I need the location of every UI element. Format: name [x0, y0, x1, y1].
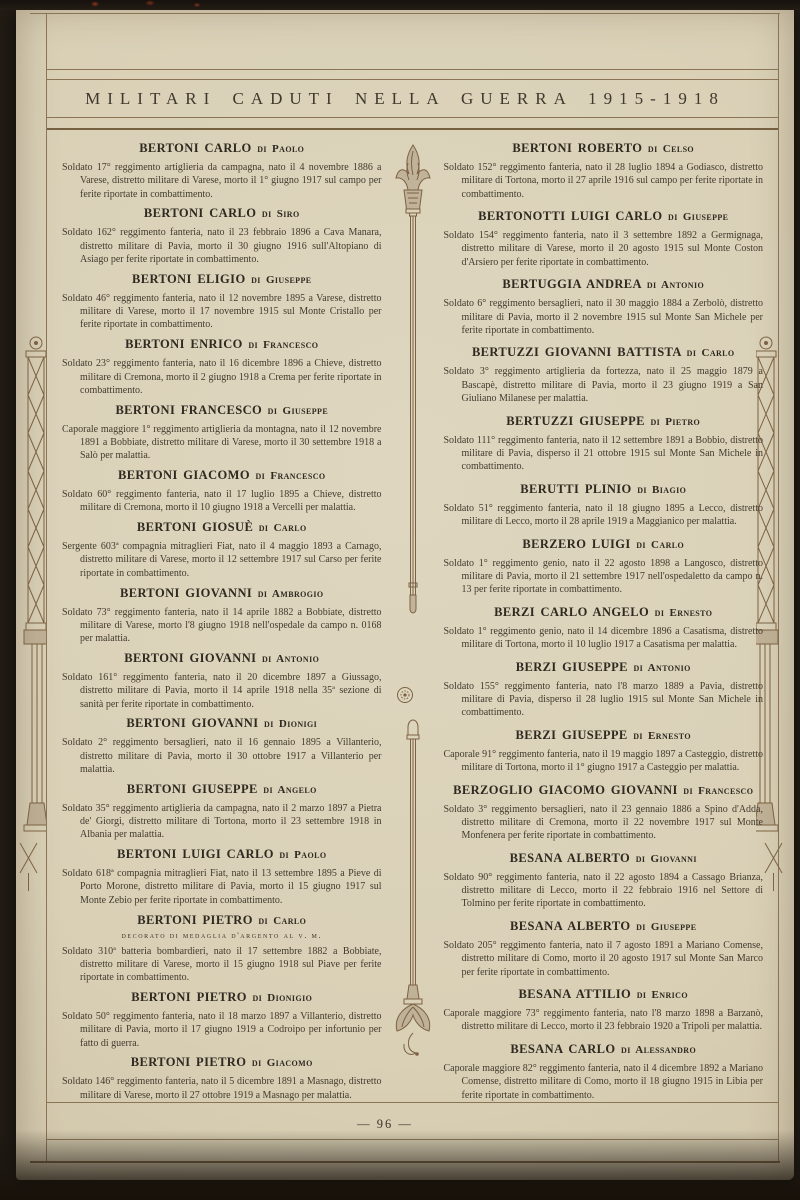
entry-heading: BERTONI PIETRO di Giacomo	[62, 1055, 382, 1070]
entry-name: BERTONI CARLO	[144, 206, 256, 220]
entry-heading: BERTONI GIUSEPPE di Angelo	[62, 782, 382, 797]
memorial-entry: BERZI GIUSEPPE di Ernesto Caporale 91° r…	[444, 728, 764, 775]
memorial-entry: BERTONI PIETRO di Dionigio Soldato 50° r…	[62, 990, 382, 1050]
entry-body: Soldato 152° reggimento fanteria, nato i…	[444, 161, 764, 201]
book-page: MILITARI CADUTI NELLA GUERRA 1915-1918 B…	[16, 5, 794, 1180]
entry-name: BERUTTI PLINIO	[520, 482, 631, 496]
entry-body: Sergente 603ª compagnia mitraglieri Fiat…	[62, 540, 382, 580]
entry-heading: BERTONI PIETRO di Dionigio	[62, 990, 382, 1005]
entry-name: BERTONI GIOVANNI	[126, 716, 258, 730]
entry-father: di Ambrogio	[258, 588, 324, 600]
entry-heading: BERZI CARLO ANGELO di Ernesto	[444, 605, 764, 620]
entry-heading: BESANA CARLO di Alessandro	[444, 1042, 764, 1057]
memorial-entry: BERZI CARLO ANGELO di Ernesto Soldato 1°…	[444, 605, 764, 652]
entry-father: di Giuseppe	[636, 921, 696, 933]
entry-name: BERTONI LUIGI CARLO	[117, 847, 274, 861]
memorial-entry: BERTONI GIOVANNI di Dionigi Soldato 2° r…	[62, 716, 382, 776]
entry-father: di Antonio	[262, 653, 319, 665]
entry-heading: BERTUZZI GIOVANNI BATTISTA di Carlo	[444, 345, 764, 360]
memorial-entry: BERTONI PIETRO di Carlo decorato di meda…	[62, 913, 382, 985]
entry-heading: BERTONI CARLO di Siro	[62, 206, 382, 221]
entry-body: Soldato 1° reggimento genio, nato il 22 …	[444, 557, 764, 597]
entry-body: Soldato 73° reggimento fanteria, nato il…	[62, 606, 382, 646]
entry-decoration: decorato di medaglia d'argento al v. m.	[62, 931, 382, 940]
entry-heading: BERTONI LUIGI CARLO di Paolo	[62, 847, 382, 862]
entry-heading: BERUTTI PLINIO di Biagio	[444, 482, 764, 497]
entry-heading: BERTUZZI GIUSEPPE di Pietro	[444, 414, 764, 429]
memorial-entry: BESANA ALBERTO di Giovanni Soldato 90° r…	[444, 851, 764, 911]
entry-father: di Paolo	[279, 849, 326, 861]
entry-name: BERTUGGIA ANDREA	[502, 277, 641, 291]
memorial-entry: BESANA ATTILIO di Enrico Caporale maggio…	[444, 987, 764, 1034]
entry-father: di Ernesto	[633, 730, 691, 742]
entry-heading: BESANA ATTILIO di Enrico	[444, 987, 764, 1002]
entry-heading: BERTONI ELIGIO di Giuseppe	[62, 272, 382, 287]
entry-body: Soldato 111° reggimento fanteria, nato i…	[444, 434, 764, 474]
memorial-entry: BERTONI CARLO di Siro Soldato 162° reggi…	[62, 206, 382, 266]
entry-heading: BERTONI CARLO di Paolo	[62, 141, 382, 156]
entry-father: di Dionigio	[252, 992, 312, 1004]
memorial-entry: BERTUGGIA ANDREA di Antonio Soldato 6° r…	[444, 277, 764, 337]
entry-father: di Carlo	[636, 539, 684, 551]
entry-body: Soldato 618ª compagnia mitraglieri Fiat,…	[62, 867, 382, 907]
entry-body: Soldato 205° reggimento fanteria, nato i…	[444, 939, 764, 979]
entry-father: di Giacomo	[252, 1057, 313, 1069]
header-rule-3	[46, 117, 779, 118]
entry-body: Soldato 155° reggimento fanteria, nato l…	[444, 680, 764, 720]
memorial-entry: BERTONI ENRICO di Francesco Soldato 23° …	[62, 337, 382, 397]
entry-father: di Francesco	[255, 470, 325, 482]
memorial-entry: BERZOGLIO GIACOMO GIOVANNI di Francesco …	[444, 783, 764, 843]
memorial-entry: BERTONI GIOSUÈ di Carlo Sergente 603ª co…	[62, 520, 382, 580]
entry-body: Soldato 17° reggimento artiglieria da ca…	[62, 161, 382, 201]
entry-heading: BERTONI FRANCESCO di Giuseppe	[62, 403, 382, 418]
entry-heading: BERTUGGIA ANDREA di Antonio	[444, 277, 764, 292]
memorial-entry: BERTONI ELIGIO di Giuseppe Soldato 46° r…	[62, 272, 382, 332]
entry-name: BERTONI ELIGIO	[132, 272, 246, 286]
entry-body: Caporale maggiore 82° reggimento fanteri…	[444, 1062, 764, 1102]
entry-father: di Francesco	[683, 785, 753, 797]
entry-heading: BERTONI GIOVANNI di Ambrogio	[62, 586, 382, 601]
entry-body: Soldato 154° reggimento fanteria, nato i…	[444, 229, 764, 269]
entry-name: BERZI GIUSEPPE	[516, 660, 628, 674]
memorial-entry: BERTONI PIETRO di Giacomo Soldato 146° r…	[62, 1055, 382, 1102]
entry-name: BERZERO LUIGI	[522, 537, 630, 551]
memorial-entry: BERTONI CARLO di Paolo Soldato 17° reggi…	[62, 141, 382, 201]
top-edge-rule	[30, 13, 780, 14]
memorial-entry: BERZI GIUSEPPE di Antonio Soldato 155° r…	[444, 660, 764, 720]
entry-father: di Carlo	[258, 915, 306, 927]
entry-father: di Ernesto	[655, 607, 713, 619]
column-divider	[398, 135, 428, 1102]
entry-body: Soldato 3° reggimento artiglieria da for…	[444, 365, 764, 405]
entry-father: di Giuseppe	[668, 211, 728, 223]
entry-father: di Antonio	[633, 662, 690, 674]
entry-heading: BERTONI ENRICO di Francesco	[62, 337, 382, 352]
entry-name: BERTONI PIETRO	[131, 1055, 247, 1069]
memorial-entry: BERTONI FRANCESCO di Giuseppe Caporale m…	[62, 403, 382, 463]
entry-body: Soldato 310ª batteria bombardieri, nato …	[62, 945, 382, 985]
entry-heading: BERTONI ROBERTO di Celso	[444, 141, 764, 156]
memorial-entry: BERTONI GIOVANNI di Ambrogio Soldato 73°…	[62, 586, 382, 646]
entry-name: BERTUZZI GIUSEPPE	[506, 414, 645, 428]
entries-area: BERTONI CARLO di Paolo Soldato 17° reggi…	[46, 135, 779, 1102]
entry-father: di Enrico	[637, 989, 688, 1001]
header-rule-1	[46, 69, 779, 70]
entry-name: BERTONI GIOSUÈ	[137, 520, 253, 534]
entry-father: di Antonio	[647, 279, 704, 291]
memorial-entry: BESANA CARLO di Alessandro Caporale magg…	[444, 1042, 764, 1102]
entry-father: di Biagio	[637, 484, 686, 496]
entry-heading: BESANA ALBERTO di Giuseppe	[444, 919, 764, 934]
memorial-entry: BERTONI ROBERTO di Celso Soldato 152° re…	[444, 141, 764, 201]
entry-name: BERTONI CARLO	[139, 141, 251, 155]
memorial-entry: BERTONI GIACOMO di Francesco Soldato 60°…	[62, 468, 382, 515]
entry-name: BERZI CARLO ANGELO	[494, 605, 649, 619]
memorial-entry: BERTUZZI GIUSEPPE di Pietro Soldato 111°…	[444, 414, 764, 474]
memorial-entry: BERZERO LUIGI di Carlo Soldato 1° reggim…	[444, 537, 764, 597]
entry-body: Soldato 3° reggimento bersaglieri, nato …	[444, 803, 764, 843]
memorial-entry: BESANA ALBERTO di Giuseppe Soldato 205° …	[444, 919, 764, 979]
entry-body: Soldato 146° reggimento fanteria, nato i…	[62, 1075, 382, 1102]
entry-name: BERTONI PIETRO	[131, 990, 247, 1004]
entry-heading: BERZI GIUSEPPE di Antonio	[444, 660, 764, 675]
entry-heading: BERZOGLIO GIACOMO GIOVANNI di Francesco	[444, 783, 764, 798]
entry-father: di Carlo	[259, 522, 307, 534]
entry-name: BERTONI ENRICO	[125, 337, 243, 351]
entry-name: BERTONOTTI LUIGI CARLO	[478, 209, 662, 223]
entry-body: Soldato 161° reggimento fanteria, nato i…	[62, 671, 382, 711]
entry-name: BERTUZZI GIOVANNI BATTISTA	[472, 345, 681, 359]
entry-body: Soldato 90° reggimento fanteria, nato il…	[444, 871, 764, 911]
entry-father: di Paolo	[257, 143, 304, 155]
entry-name: BERTONI ROBERTO	[512, 141, 642, 155]
entry-father: di Francesco	[248, 339, 318, 351]
torch-column-ornament-icon	[391, 143, 435, 1078]
left-margin-lattice-column-ornament-icon	[6, 333, 46, 893]
memorial-entry: BERUTTI PLINIO di Biagio Soldato 51° reg…	[444, 482, 764, 529]
entry-name: BESANA ATTILIO	[519, 987, 632, 1001]
entry-body: Soldato 50° reggimento fanteria, nato il…	[62, 1010, 382, 1050]
entry-name: BESANA ALBERTO	[510, 851, 631, 865]
entry-heading: BERTONI GIOSUÈ di Carlo	[62, 520, 382, 535]
entry-body: Soldato 46° reggimento fanteria, nato il…	[62, 292, 382, 332]
entry-name: BESANA CARLO	[510, 1042, 615, 1056]
memorial-entry: BERTONOTTI LUIGI CARLO di Giuseppe Solda…	[444, 209, 764, 269]
entry-name: BESANA ALBERTO	[510, 919, 631, 933]
entry-heading: BERTONI GIOVANNI di Dionigi	[62, 716, 382, 731]
entry-body: Soldato 6° reggimento bersaglieri, nato …	[444, 297, 764, 337]
entry-father: di Alessandro	[621, 1044, 696, 1056]
entry-father: di Siro	[262, 208, 300, 220]
page-title: MILITARI CADUTI NELLA GUERRA 1915-1918	[56, 89, 754, 109]
entry-father: di Carlo	[687, 347, 735, 359]
entry-heading: BERZI GIUSEPPE di Ernesto	[444, 728, 764, 743]
entry-heading: BERTONI GIACOMO di Francesco	[62, 468, 382, 483]
entry-body: Caporale 91° reggimento fanteria, nato i…	[444, 748, 764, 775]
entries-column-right: BERTONI ROBERTO di Celso Soldato 152° re…	[428, 135, 780, 1102]
entry-body: Soldato 1° reggimento genio, nato il 14 …	[444, 625, 764, 652]
header-rule-2	[46, 79, 779, 80]
entry-body: Soldato 51° reggimento fanteria, nato il…	[444, 502, 764, 529]
entry-body: Caporale maggiore 73° reggimento fanteri…	[444, 1007, 764, 1034]
entry-heading: BERTONI PIETRO di Carlo	[62, 913, 382, 928]
entry-father: di Angelo	[263, 784, 316, 796]
entry-father: di Giovanni	[636, 853, 697, 865]
entry-name: BERTONI GIOVANNI	[124, 651, 256, 665]
entry-body: Soldato 2° reggimento bersaglieri, nato …	[62, 736, 382, 776]
memorial-entry: BERTONI GIOVANNI di Antonio Soldato 161°…	[62, 651, 382, 711]
entry-father: di Pietro	[650, 416, 700, 428]
entry-name: BERTONI FRANCESCO	[115, 403, 262, 417]
entry-body: Soldato 162° reggimento fanteria, nato i…	[62, 226, 382, 266]
entry-body: Soldato 60° reggimento fanteria, nato il…	[62, 488, 382, 515]
header-rule-4	[46, 128, 779, 130]
entry-heading: BERTONOTTI LUIGI CARLO di Giuseppe	[444, 209, 764, 224]
entries-column-left: BERTONI CARLO di Paolo Soldato 17° reggi…	[46, 135, 398, 1102]
entry-name: BERTONI GIUSEPPE	[127, 782, 258, 796]
entry-father: di Giuseppe	[268, 405, 328, 417]
photo-bottom-shadow	[0, 1130, 800, 1200]
entry-name: BERTONI GIACOMO	[118, 468, 250, 482]
entry-name: BERZI GIUSEPPE	[516, 728, 628, 742]
entry-father: di Giuseppe	[251, 274, 311, 286]
footer-rule-1	[46, 1102, 779, 1103]
photo-top-edge	[0, 0, 800, 10]
entry-father: di Celso	[648, 143, 694, 155]
entry-body: Caporale maggiore 1° reggimento artiglie…	[62, 423, 382, 463]
memorial-entry: BERTUZZI GIOVANNI BATTISTA di Carlo Sold…	[444, 345, 764, 405]
entry-heading: BERZERO LUIGI di Carlo	[444, 537, 764, 552]
entry-heading: BESANA ALBERTO di Giovanni	[444, 851, 764, 866]
memorial-entry: BERTONI LUIGI CARLO di Paolo Soldato 618…	[62, 847, 382, 907]
memorial-entry: BERTONI GIUSEPPE di Angelo Soldato 35° r…	[62, 782, 382, 842]
entry-name: BERTONI PIETRO	[137, 913, 253, 927]
entry-name: BERTONI GIOVANNI	[120, 586, 252, 600]
entry-name: BERZOGLIO GIACOMO GIOVANNI	[453, 783, 678, 797]
entry-body: Soldato 35° reggimento artiglieria da ca…	[62, 802, 382, 842]
entry-body: Soldato 23° reggimento fanteria, nato il…	[62, 357, 382, 397]
entry-father: di Dionigi	[264, 718, 317, 730]
entry-heading: BERTONI GIOVANNI di Antonio	[62, 651, 382, 666]
